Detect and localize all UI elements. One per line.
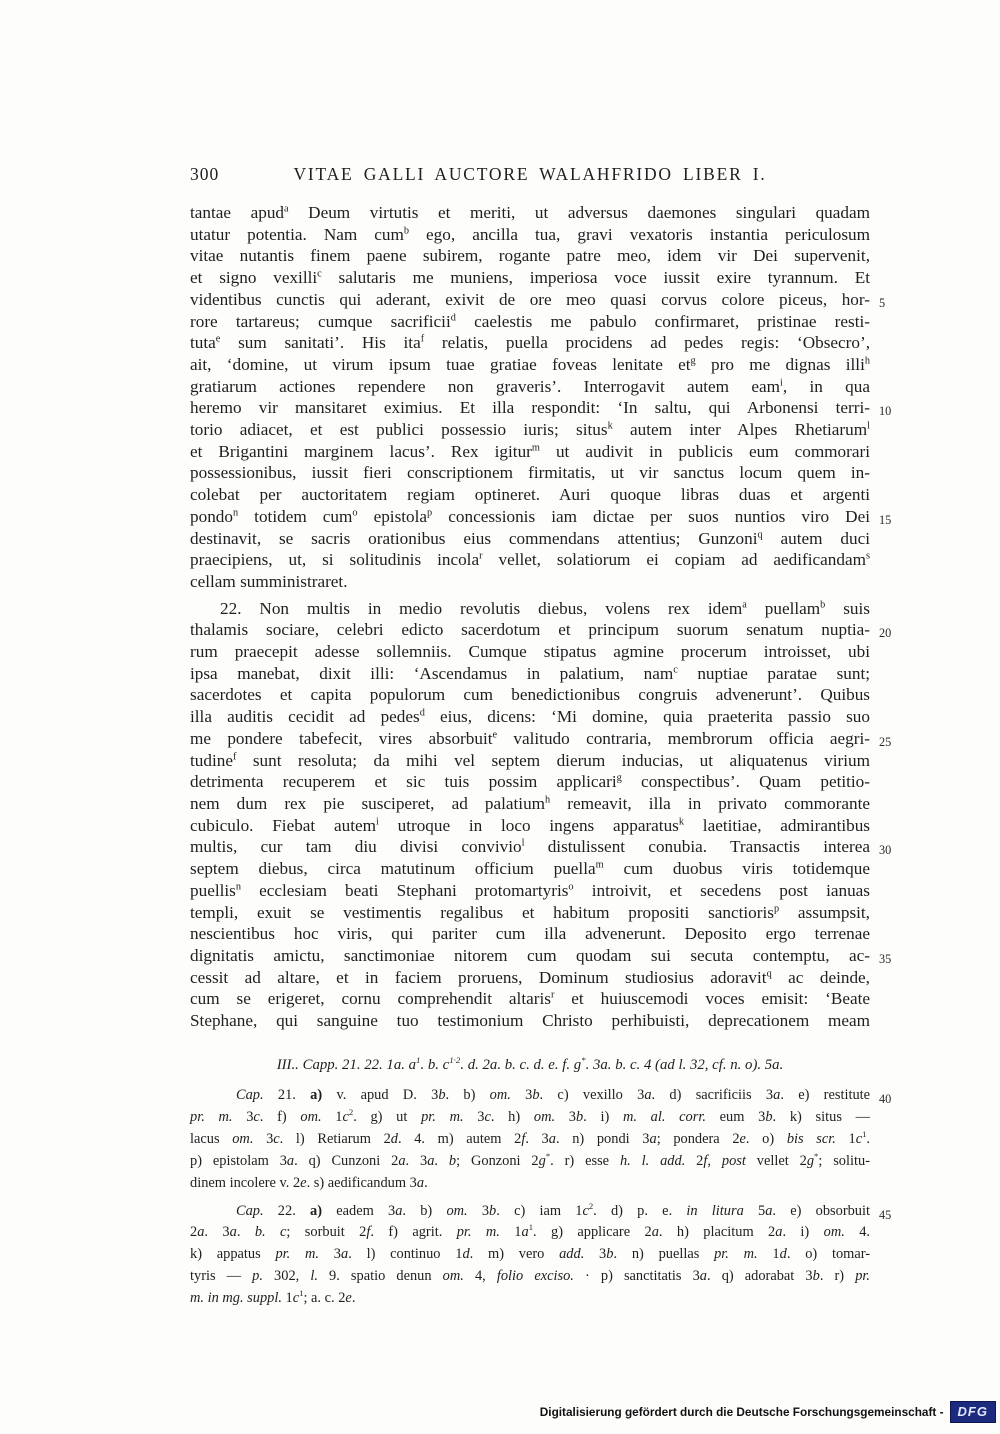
dfg-logo: DFG xyxy=(950,1401,996,1423)
body-text-line: sacerdotes et capita populorum cum bened… xyxy=(190,684,870,706)
body-text-line: dignitatis amictu, sanctimoniae nitorem … xyxy=(190,945,870,967)
apparatus-cap22-block: Cap. 22. a) eadem 3a. b) om. 3b. c) iam … xyxy=(190,1201,870,1311)
margin-line-number: 15 xyxy=(879,510,891,532)
body-text-line: detrimenta recuperem et sic tuis possim … xyxy=(190,771,870,793)
body-text-line: vitae nutantis finem paene subirem, roga… xyxy=(190,245,870,267)
digitization-credit-bar: Digitalisierung gefördert durch die Deut… xyxy=(540,1401,996,1423)
apparatus-line: p) epistolam 3a. q) Cunzoni 2a. 3a. b; G… xyxy=(190,1151,870,1173)
apparatus-line: m. in mg. suppl. 1c1; a. c. 2e. xyxy=(190,1288,870,1310)
body-text-line: utatur potentia. Nam cumb ego, ancilla t… xyxy=(190,224,870,246)
scanned-book-page: 300 VITAE GALLI AUCTORE WALAHFRIDO LIBER… xyxy=(0,0,1000,1434)
apparatus-cap21-block: Cap. 21. a) v. apud D. 3b. b) om. 3b. c)… xyxy=(190,1085,870,1195)
apparatus-line: lacus om. 3c. l) Retiarum 2d. 4. m) aute… xyxy=(190,1129,870,1151)
body-text-line: cubiculo. Fiebat autemi utroque in loco … xyxy=(190,815,870,837)
margin-line-number: 45 xyxy=(879,1205,891,1227)
apparatus-line: tyris — p. 302, l. 9. spatio denun om. 4… xyxy=(190,1266,870,1288)
body-text-line: destinavit, se sacris orationibus eius c… xyxy=(190,528,870,550)
body-text-line: cum se erigeret, cornu comprehendit alta… xyxy=(190,988,870,1010)
margin-line-number: 20 xyxy=(879,623,891,645)
body-text-line: colebat per auctoritatem regiam optinere… xyxy=(190,484,870,506)
body-text-line: Stephane, qui sanguine tuo testimonium C… xyxy=(190,1010,870,1032)
body-text-line: gratiarum actiones rependere non graveri… xyxy=(190,376,870,398)
apparatus-line: Cap. 21. a) v. apud D. 3b. b) om. 3b. c)… xyxy=(190,1085,870,1107)
apparatus-line: Cap. 22. a) eadem 3a. b) om. 3b. c) iam … xyxy=(190,1201,870,1223)
body-text-line: tutae sum sanitati’. His itaf relatis, p… xyxy=(190,332,870,354)
body-text-line: thalamis sociare, celebri edicto sacerdo… xyxy=(190,619,870,641)
body-text-line: videntibus cunctis qui aderant, exivit d… xyxy=(190,289,870,311)
body-text-line: ait, ‘domine, ut virum ipsum tuae gratia… xyxy=(190,354,870,376)
body-text-line: rore tartareus; cumque sacrificiid caele… xyxy=(190,311,870,333)
apparatus-line: dinem incolere v. 2e. s) aedificandum 3a… xyxy=(190,1173,870,1195)
body-text-line: illa auditis cecidit ad pedesd eius, dic… xyxy=(190,706,870,728)
apparatus-manuscripts-summary: III.. Capp. 21. 22. 1a. a1. b. c1·2. d. … xyxy=(190,1054,870,1076)
main-text-block: tantae apuda Deum virtutis et meriti, ut… xyxy=(190,202,870,1032)
margin-line-number: 35 xyxy=(879,949,891,971)
body-text-line: tantae apuda Deum virtutis et meriti, ut… xyxy=(190,202,870,224)
body-text-line: multis, cur tam diu divisi conviviol dis… xyxy=(190,836,870,858)
body-text-line: ipsa manebat, dixit illi: ‘Ascendamus in… xyxy=(190,663,870,685)
body-text-line: puellisn ecclesiam beati Stephani protom… xyxy=(190,880,870,902)
margin-line-number: 10 xyxy=(879,401,891,423)
body-text-line: cessit ad altare, et in faciem proruens,… xyxy=(190,967,870,989)
running-header-title: VITAE GALLI AUCTORE WALAHFRIDO LIBER I. xyxy=(190,164,870,185)
body-text-line: et signo vexillic salutaris me muniens, … xyxy=(190,267,870,289)
margin-line-number: 25 xyxy=(879,732,891,754)
body-text-line: et Brigantini marginem lacus’. Rex igitu… xyxy=(190,441,870,463)
body-text-line: nescientibus hoc viris, qui pariter cum … xyxy=(190,923,870,945)
body-text-line: 22. Non multis in medio revolutis diebus… xyxy=(190,598,870,620)
body-text-line: torio adiacet, et est publici possessio … xyxy=(190,419,870,441)
body-text-line: pondon totidem cumo epistolap concession… xyxy=(190,506,870,528)
apparatus-line: 2a. 3a. b. c; sorbuit 2f. f) agrit. pr. … xyxy=(190,1222,870,1244)
body-text-line: praecipiens, ut, si solitudinis incolar … xyxy=(190,549,870,571)
body-text-line: heremo vir mansitaret eximius. Et illa r… xyxy=(190,397,870,419)
body-text-line: me pondere tabefecit, vires absorbuite v… xyxy=(190,728,870,750)
margin-line-number: 30 xyxy=(879,840,891,862)
body-text-line: septem diebus, circa matutinum officium … xyxy=(190,858,870,880)
body-text-line: cellam sumministraret. xyxy=(190,571,870,593)
body-text-line: templi, exuit se vestimentis regalibus e… xyxy=(190,902,870,924)
digitization-credit-text: Digitalisierung gefördert durch die Deut… xyxy=(540,1405,944,1419)
body-text-line: tudinef sunt resoluta; da mihi vel septe… xyxy=(190,750,870,772)
body-text-line: possessionibus, iussit fieri conscriptio… xyxy=(190,462,870,484)
margin-line-number: 40 xyxy=(879,1089,891,1111)
apparatus-line: k) appatus pr. m. 3a. l) continuo 1d. m)… xyxy=(190,1244,870,1266)
apparatus-line: pr. m. 3c. f) om. 1c2. g) ut pr. m. 3c. … xyxy=(190,1107,870,1129)
body-text-line: rum praecepit adesse sollemniis. Cumque … xyxy=(190,641,870,663)
body-text-line: nem dum rex pie susciperet, ad palatiumh… xyxy=(190,793,870,815)
margin-line-number: 5 xyxy=(879,293,885,315)
critical-apparatus: III.. Capp. 21. 22. 1a. a1. b. c1·2. d. … xyxy=(190,1054,870,1310)
